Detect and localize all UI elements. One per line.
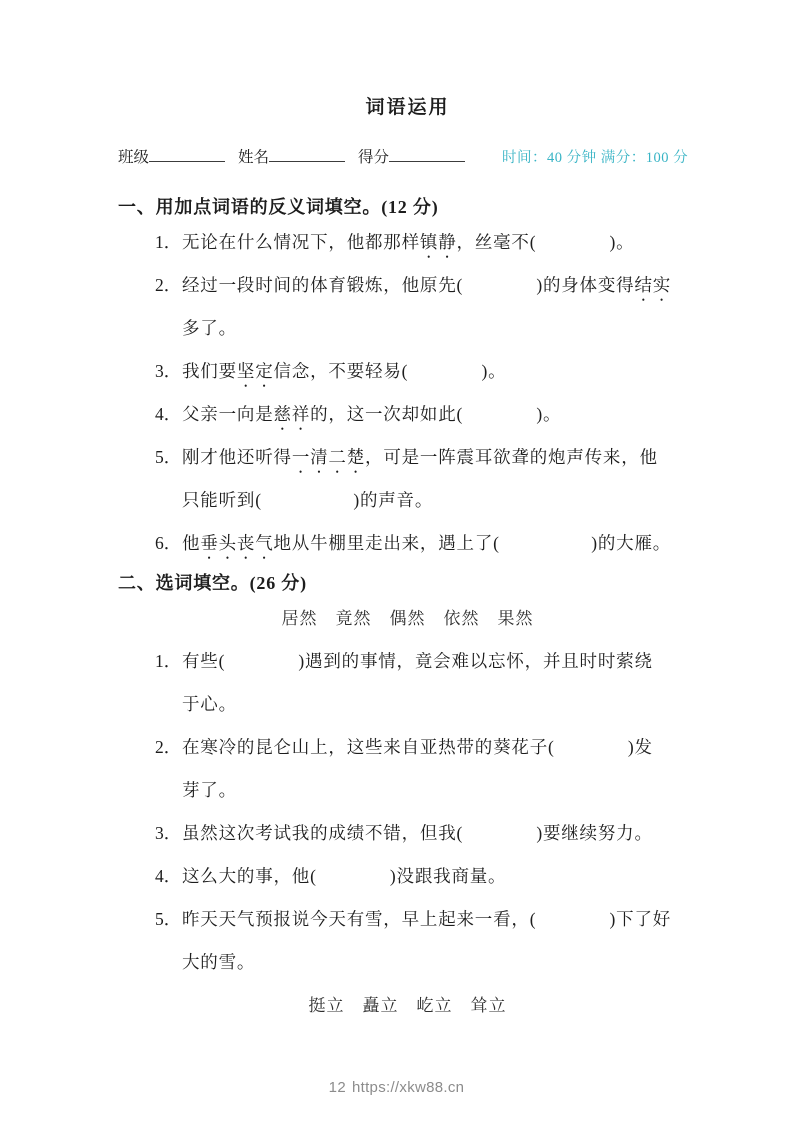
page-title: 词语运用 [118, 95, 697, 121]
question-number: 2． [155, 264, 182, 307]
emphasized-word: 垂头丧气 [200, 533, 273, 553]
text-run: 大的雪。 [182, 952, 255, 972]
score-label: 得分 [358, 149, 389, 166]
question-line: 2．经过一段时间的体育锻炼，他原先( )的身体变得结实 [118, 264, 697, 307]
section-1-heading: 一、用加点词语的反义词填空。(12 分) [118, 193, 697, 221]
text-run: 他 [182, 533, 200, 553]
emphasized-word: 镇静 [420, 232, 457, 252]
question-text: 刚才他还听得一清二楚，可是一阵震耳欲聋的炮声传来，他 [182, 447, 658, 467]
question-line-continued: 多了。 [118, 307, 697, 350]
question-number: 1． [155, 221, 182, 264]
worksheet-page: 词语运用 班级 姓名 得分 时间：40 分钟 满分：100 分 一、用加点词语的… [0, 95, 793, 1027]
question-number: 4． [155, 855, 182, 898]
student-info-row: 班级 姓名 得分 时间：40 分钟 满分：100 分 [118, 145, 697, 167]
question-line-continued: 芽了。 [118, 769, 697, 812]
text-run: 虽然这次考试我的成绩不错，但我( )要继续努力。 [182, 823, 653, 843]
question-number: 2． [155, 726, 182, 769]
question-text: 父亲一向是慈祥的，这一次却如此( )。 [182, 404, 561, 424]
question-line: 4．这么大的事，他( )没跟我商量。 [118, 855, 697, 898]
name-field: 姓名 [238, 145, 345, 167]
class-label: 班级 [118, 149, 149, 166]
text-run: ，可是一阵震耳欲聋的炮声传来，他 [365, 447, 658, 467]
site-url: https://xkw88.cn [352, 1079, 464, 1096]
text-run: 无论在什么情况下，他都那样 [182, 232, 420, 252]
text-run: 我们要 [182, 361, 237, 381]
question-text: 昨天天气预报说今天有雪，早上起来一看，( )下了好 [182, 909, 671, 929]
word-bank-top: 居然 竟然 偶然 依然 果然 [118, 597, 697, 640]
text-run: 刚才他还听得 [182, 447, 292, 467]
text-run: 父亲一向是 [182, 404, 274, 424]
text-run: 昨天天气预报说今天有雪，早上起来一看，( )下了好 [182, 909, 671, 929]
word-bank-bottom: 挺立 矗立 屹立 耸立 [118, 984, 697, 1027]
emphasized-word: 坚定 [237, 361, 274, 381]
text-run: 经过一段时间的体育锻炼，他原先( )的身体变得 [182, 275, 634, 295]
page-number: 12 [329, 1079, 346, 1096]
name-label: 姓名 [238, 149, 269, 166]
text-run: 这么大的事，他( )没跟我商量。 [182, 866, 506, 886]
question-line-continued: 只能听到( )的声音。 [118, 479, 697, 522]
question-number: 5． [155, 436, 182, 479]
text-run: ，丝毫不( )。 [457, 232, 635, 252]
time-fullmark-info: 时间：40 分钟 满分：100 分 [502, 146, 688, 167]
text-run: 的，这一次却如此( )。 [310, 404, 561, 424]
question-text: 经过一段时间的体育锻炼，他原先( )的身体变得结实 [182, 275, 671, 295]
question-line: 1．无论在什么情况下，他都那样镇静，丝毫不( )。 [118, 221, 697, 264]
question-line: 6．他垂头丧气地从牛棚里走出来，遇上了( )的大雁。 [118, 522, 697, 565]
text-run: 地从牛棚里走出来，遇上了( )的大雁。 [274, 533, 672, 553]
question-line: 5．刚才他还听得一清二楚，可是一阵震耳欲聋的炮声传来，他 [118, 436, 697, 479]
name-blank-line [269, 148, 345, 162]
emphasized-word: 一清二楚 [292, 447, 365, 467]
score-blank-line [389, 148, 465, 162]
class-blank-line [149, 148, 225, 162]
page-footer: 12https://xkw88.cn [0, 1079, 793, 1096]
question-number: 5． [155, 898, 182, 941]
text-run: 有些( )遇到的事情，竟会难以忘怀，并且时时萦绕 [182, 651, 653, 671]
question-text: 虽然这次考试我的成绩不错，但我( )要继续努力。 [182, 823, 653, 843]
question-line: 1．有些( )遇到的事情，竟会难以忘怀，并且时时萦绕 [118, 640, 697, 683]
question-line: 2．在寒冷的昆仑山上，这些来自亚热带的葵花子( )发 [118, 726, 697, 769]
question-text: 这么大的事，他( )没跟我商量。 [182, 866, 506, 886]
question-number: 4． [155, 393, 182, 436]
text-run: 信念，不要轻易( )。 [274, 361, 507, 381]
section-2-heading: 二、选词填空。(26 分) [118, 569, 697, 597]
text-run: 只能听到( )的声音。 [182, 490, 433, 510]
question-text: 我们要坚定信念，不要轻易( )。 [182, 361, 506, 381]
text-run: 多了。 [182, 318, 237, 338]
question-number: 3． [155, 350, 182, 393]
question-line: 4．父亲一向是慈祥的，这一次却如此( )。 [118, 393, 697, 436]
question-line-continued: 于心。 [118, 683, 697, 726]
question-line-continued: 大的雪。 [118, 941, 697, 984]
score-field: 得分 [358, 145, 465, 167]
question-text: 他垂头丧气地从牛棚里走出来，遇上了( )的大雁。 [182, 533, 671, 553]
question-line: 3．我们要坚定信念，不要轻易( )。 [118, 350, 697, 393]
emphasized-word: 结实 [634, 275, 671, 295]
text-run: 芽了。 [182, 780, 237, 800]
question-text: 有些( )遇到的事情，竟会难以忘怀，并且时时萦绕 [182, 651, 653, 671]
question-number: 6． [155, 522, 182, 565]
question-number: 3． [155, 812, 182, 855]
question-text: 无论在什么情况下，他都那样镇静，丝毫不( )。 [182, 232, 634, 252]
class-field: 班级 [118, 145, 225, 167]
text-run: 在寒冷的昆仑山上，这些来自亚热带的葵花子( )发 [182, 737, 653, 757]
question-text: 在寒冷的昆仑山上，这些来自亚热带的葵花子( )发 [182, 737, 653, 757]
question-number: 1． [155, 640, 182, 683]
question-line: 5．昨天天气预报说今天有雪，早上起来一看，( )下了好 [118, 898, 697, 941]
emphasized-word: 慈祥 [274, 404, 311, 424]
question-line: 3．虽然这次考试我的成绩不错，但我( )要继续努力。 [118, 812, 697, 855]
text-run: 于心。 [182, 694, 237, 714]
